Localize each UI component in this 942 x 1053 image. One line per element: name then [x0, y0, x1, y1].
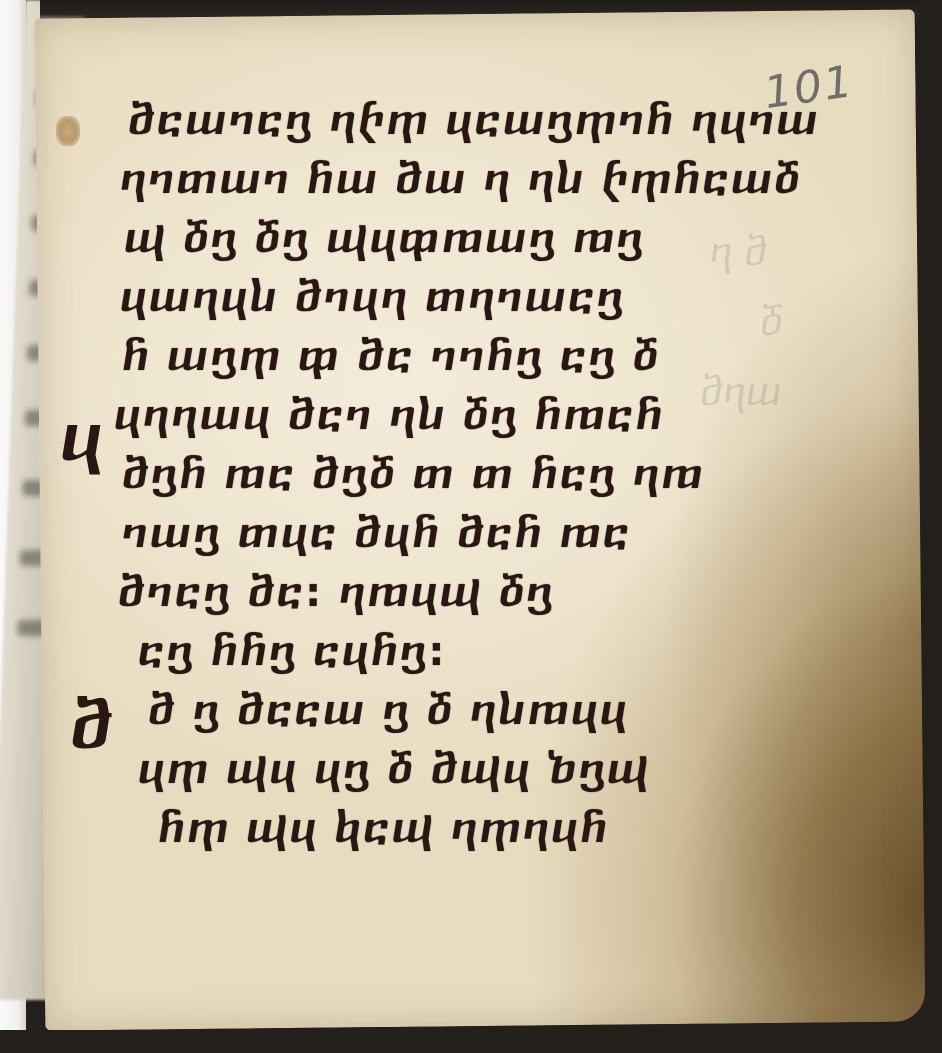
manuscript-photo: ⴄ ⴋ ⴃ ⴋⴄⴍ 101 ⴗ ⴋ ⴋⴀⴍⴈⴀⴂ ⴄⴡⴅ ⴗⴀⴍⴂⴅⴈⴌ ⴄⴗⴈ…: [0, 0, 942, 1053]
bleed-through-text: ⴋⴄⴍ: [700, 370, 781, 414]
text-line: ⴓ ⴃⴂ ⴃⴂ ⴓⴗⴔⴊⴍⴂ ⴊⴂ: [124, 210, 712, 269]
decorated-initial: ⴗ: [60, 402, 103, 476]
text-line: ⴗⴄⴄⴍⴗ ⴋⴀⴈ ⴄⴑ ⴃⴂ ⴌⴊⴀⴌ: [114, 387, 712, 446]
text-line: ⴋⴀⴍⴈⴀⴂ ⴄⴡⴅ ⴗⴀⴍⴂⴅⴈⴌ ⴄⴗⴈⴍ: [128, 92, 712, 151]
text-line: ⴌⴅ ⴓⴗ ⴉⴀⴓ ⴄⴅⴄⴗⴌ: [158, 800, 712, 859]
text-line: ⴌ ⴍⴂⴅ ⴔ ⴋⴀ ⴈⴈⴌⴂ ⴀⴂ ⴃ: [122, 328, 712, 387]
bleed-through-text: ⴃ: [760, 300, 783, 344]
text-line: ⴄⴈⴇⴍⴈ ⴌⴍ ⴋⴍ ⴄ ⴄⴑ ⴡⴅⴌⴀⴍⴃ: [120, 151, 712, 210]
text-line: ⴀⴂ ⴌⴌⴂ ⴀⴗⴌⴂ:: [138, 623, 712, 682]
text-line: ⴋⴈⴀⴂ ⴋⴀ: ⴄⴊⴗⴓ ⴃⴂ: [118, 564, 712, 623]
decorated-initial: ⴋ: [70, 690, 113, 764]
binding-shadow-bottom: [0, 1030, 942, 1053]
text-line: ⴈⴍⴂ ⴇⴗⴀ ⴋⴗⴌ ⴋⴀⴌ ⴊⴀ: [122, 505, 712, 564]
text-line: ⴗⴅ ⴓⴗ ⴗⴂ ⴃ ⴋⴓⴗ ⴆⴂⴓ: [138, 741, 712, 800]
manuscript-text-block: ⴋⴀⴍⴈⴀⴂ ⴄⴡⴅ ⴗⴀⴍⴂⴅⴈⴌ ⴄⴗⴈⴍ ⴄⴈⴇⴍⴈ ⴌⴍ ⴋⴍ ⴄ ⴄⴑ…: [112, 92, 712, 859]
bleed-through-text: ⴄ ⴋ: [710, 230, 768, 274]
text-line: ⴗⴍⴄⴗⴑ ⴋⴈⴗⴄ ⴇⴄⴈⴍⴀⴂ: [120, 269, 712, 328]
parchment-damage-spot: [56, 116, 80, 146]
text-line: ⴋ ⴂ ⴋⴀⴀⴍ ⴂ ⴃ ⴄⴑⴊⴗⴗ: [148, 682, 712, 741]
text-line: ⴋⴂⴌ ⴊⴀ ⴋⴂⴃ ⴇ ⴇ ⴌⴀⴂ ⴄⴊ: [122, 446, 712, 505]
